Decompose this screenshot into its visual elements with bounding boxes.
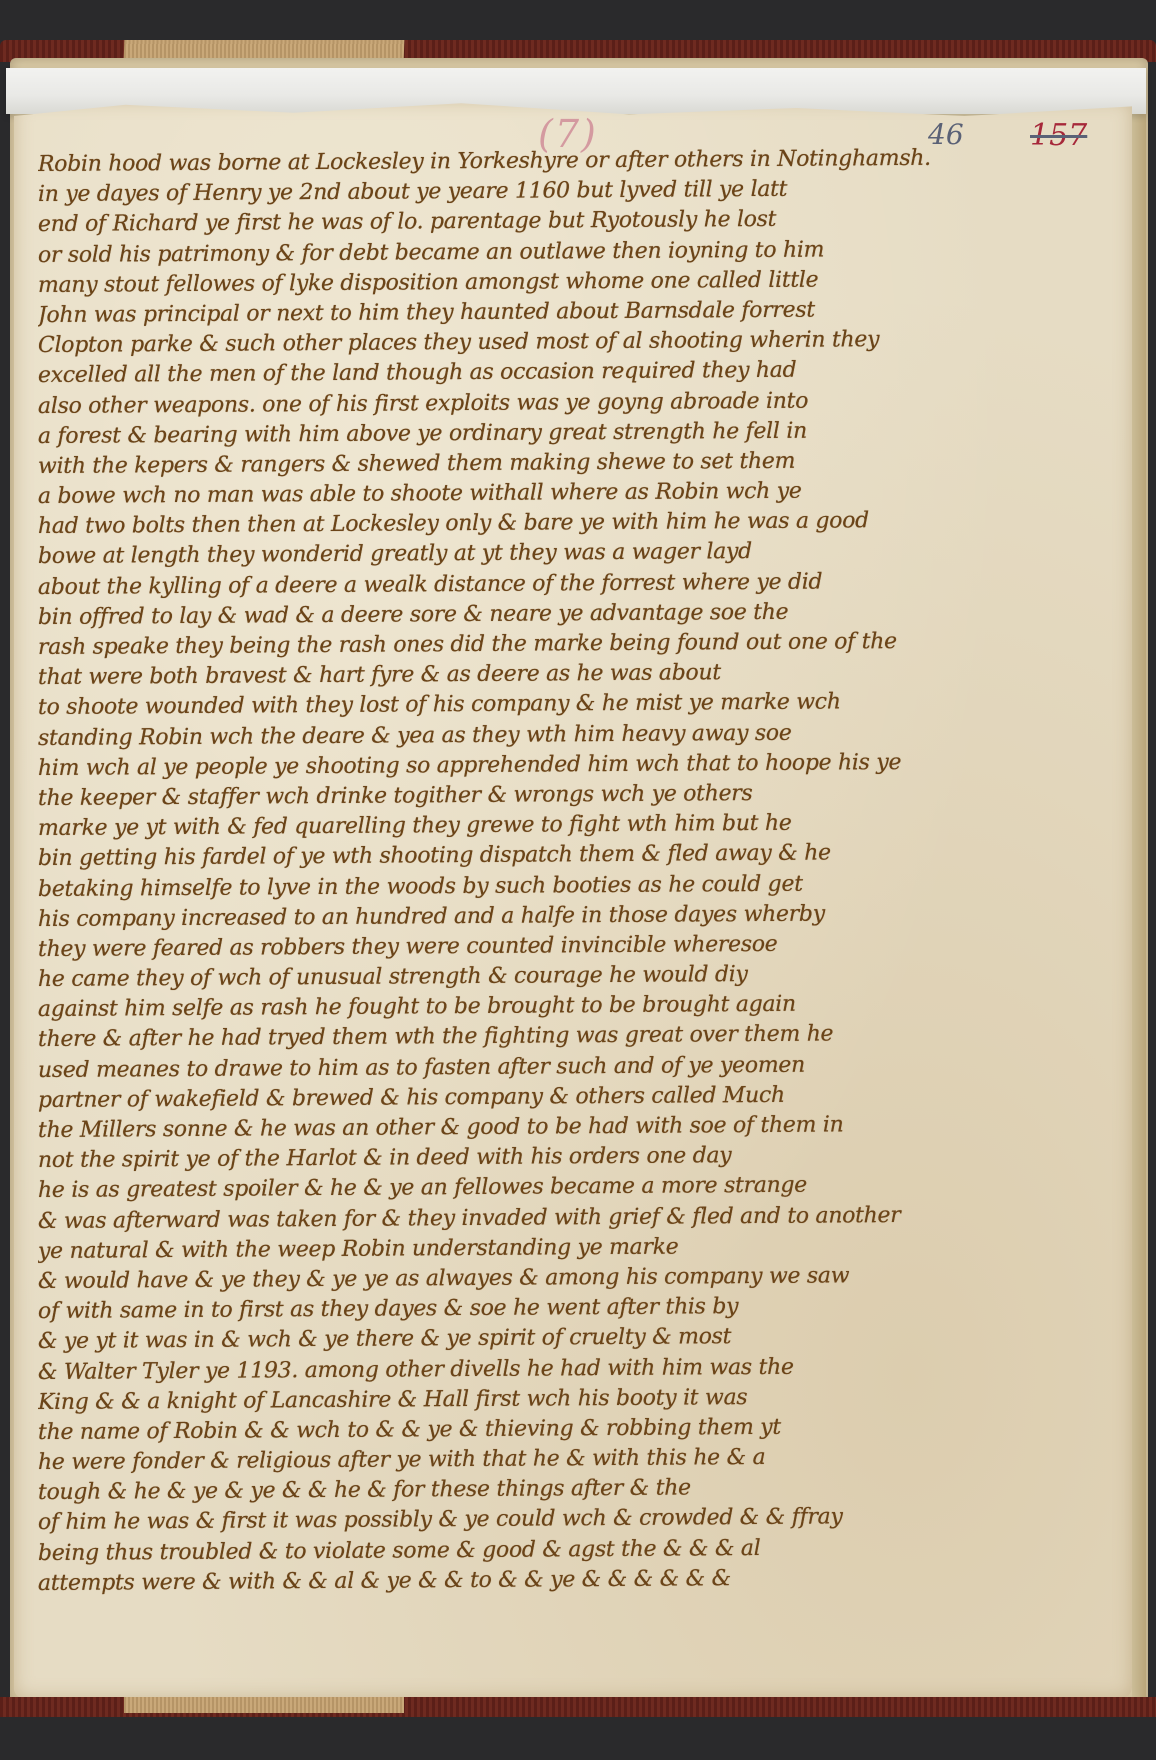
page-edge-right	[1132, 70, 1146, 1700]
cloth-binding-bottom	[124, 1697, 404, 1713]
paper-slip	[6, 68, 1146, 114]
manuscript-line: attempts were & with & & al & ye & & to …	[38, 1561, 1118, 1599]
manuscript-text: Robin hood was borne at Lockesley in Yor…	[38, 150, 1118, 1599]
